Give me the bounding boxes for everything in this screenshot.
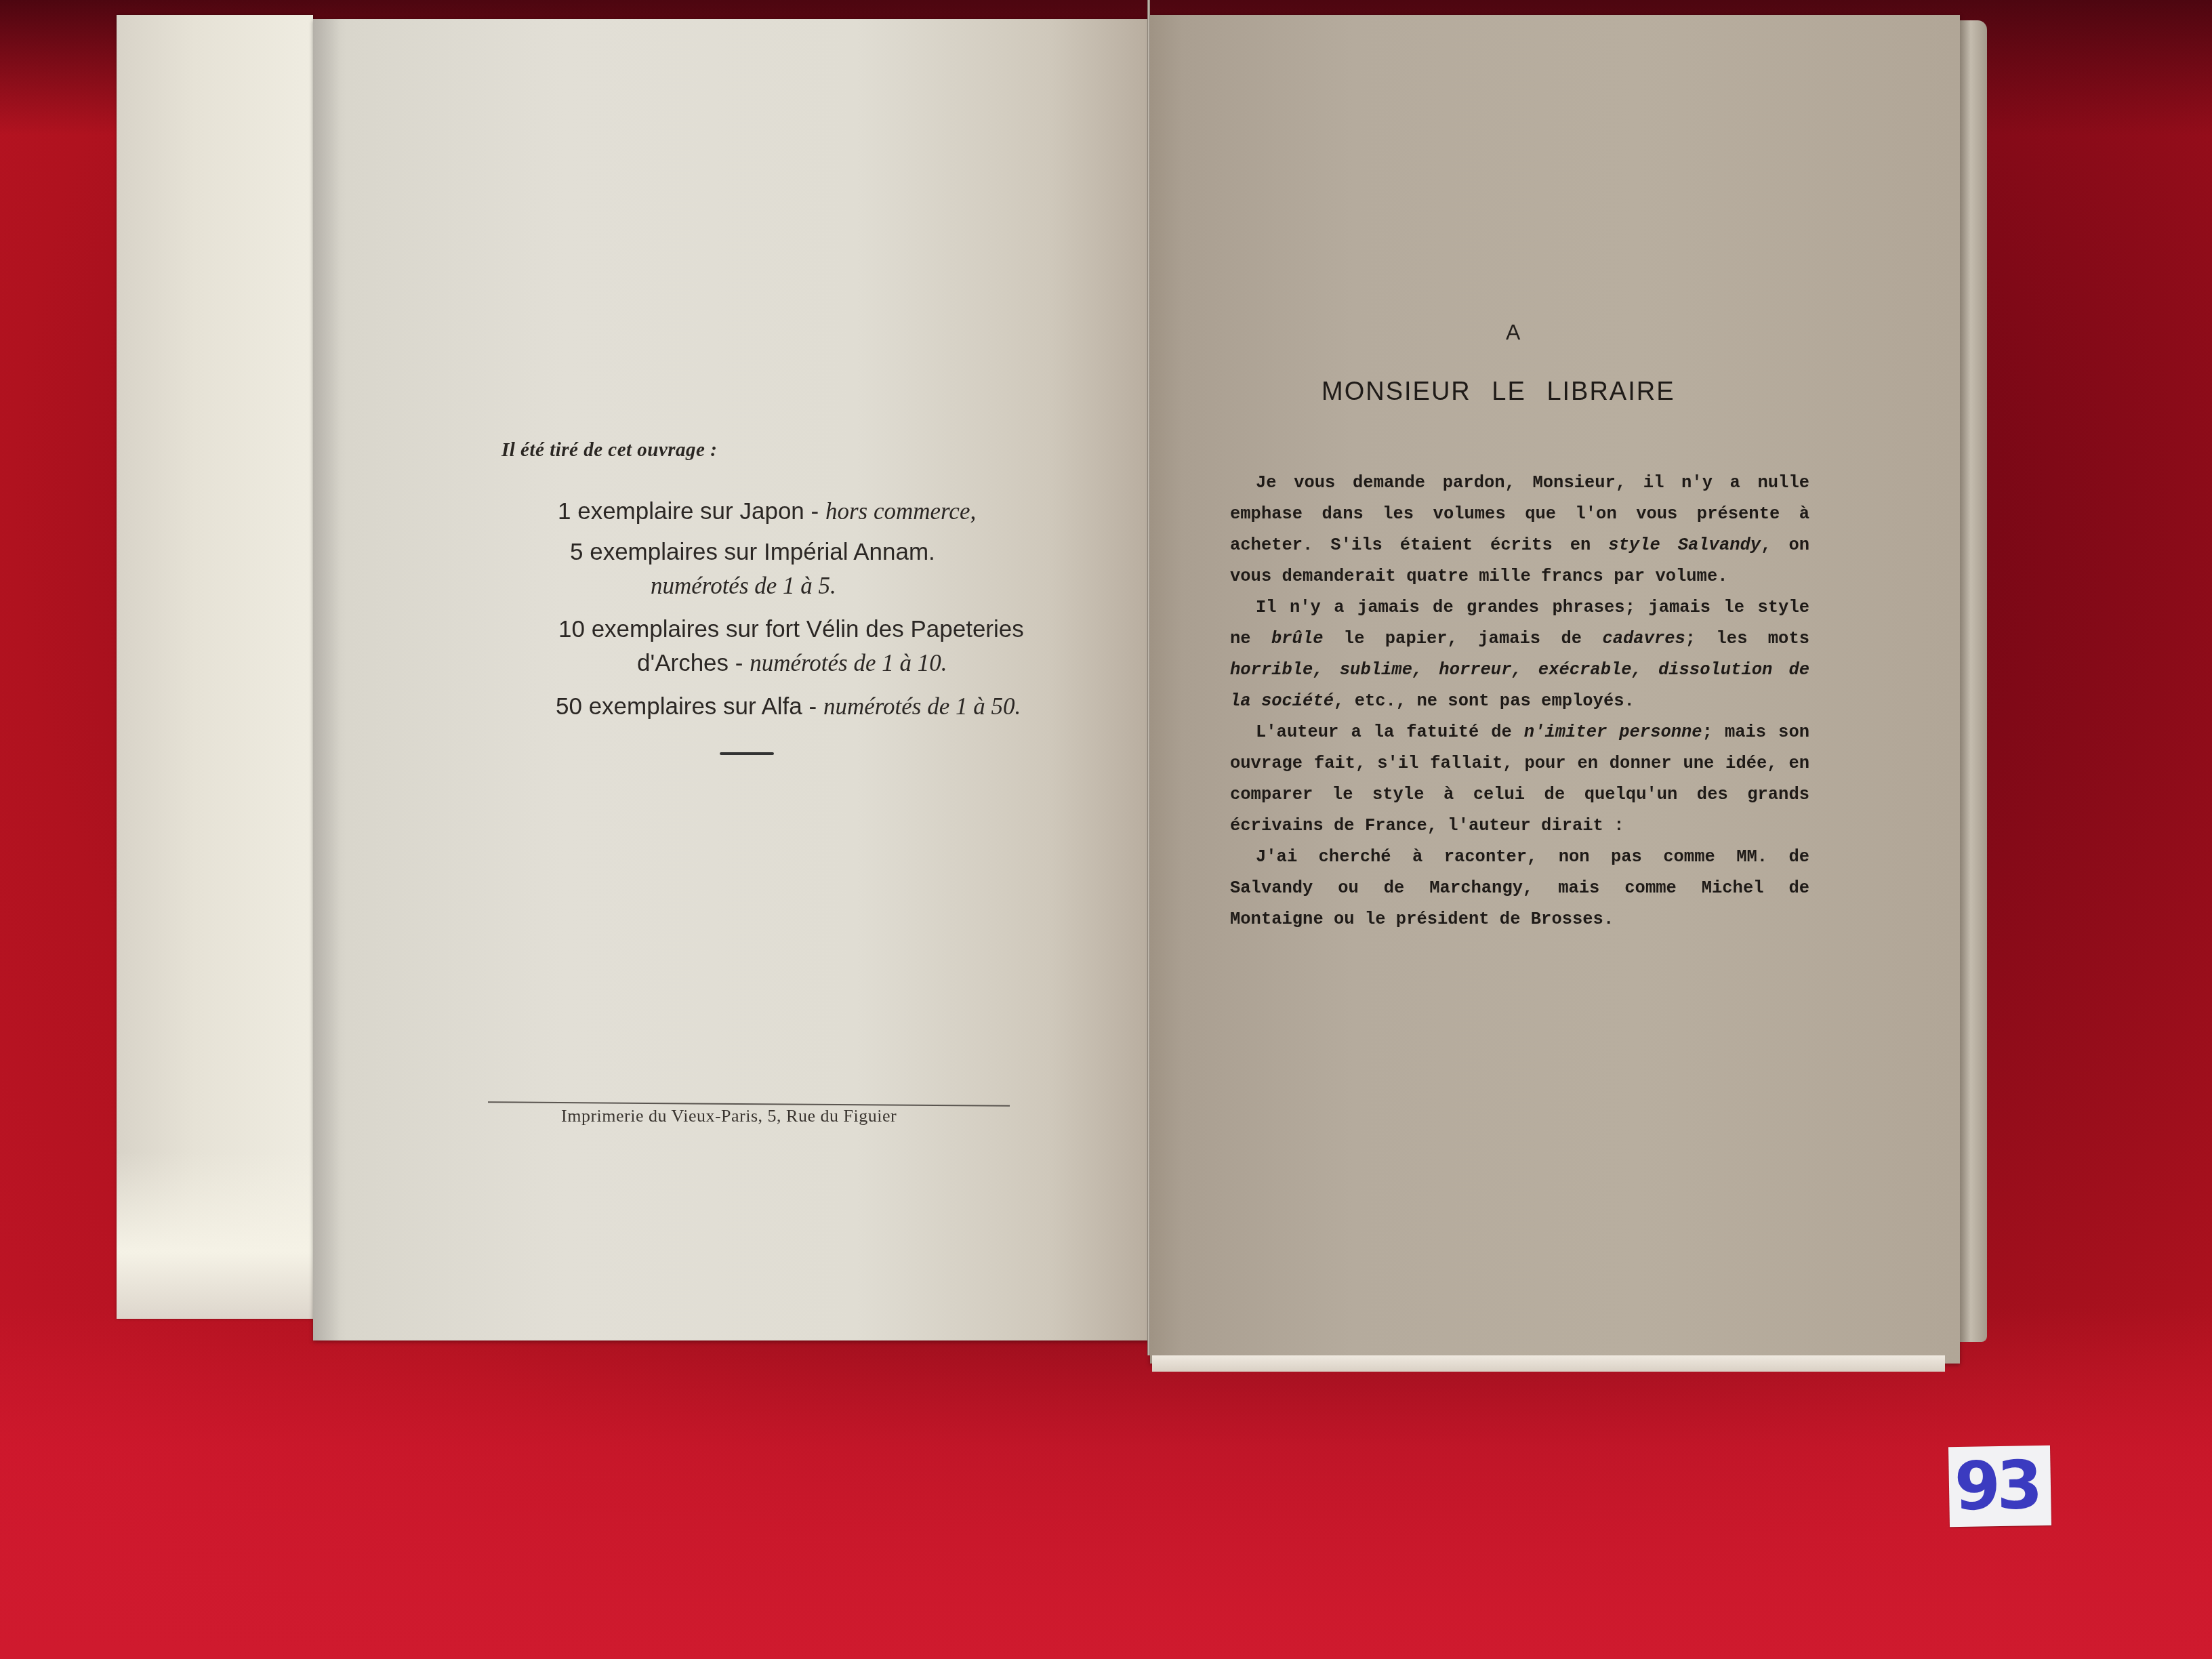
edition-item-alfa: 50 exemplaires sur Alfa - numérotés de 1… [529,690,1139,724]
torn-bottom-edge [1152,1355,1945,1372]
edition-list: 1 exemplaire sur Japon - hors commerce, … [529,495,1139,724]
ornament-rule [720,752,774,755]
edition-separator: - [804,498,825,525]
paragraph-4: J'ai cherché à raconter, non pas comme M… [1230,842,1809,935]
paragraph-1: Je vous demande pardon, Monsieur, il n'y… [1230,468,1809,592]
text-run: L'auteur a la fatuité de [1256,722,1524,742]
text-run: , etc., ne sont pas employés. [1334,691,1635,711]
edition-item-annam-note: numérotés de 1 à 5. [529,569,1139,603]
text-run: le papier, jamais de [1323,629,1602,649]
edition-note: numérotés de 1 à 50. [823,693,1021,720]
edition-note: numérotés de 1 à 10. [750,650,947,676]
paragraph-2: Il n'y a jamais de grandes phrases; jama… [1230,592,1809,717]
edition-separator: - [729,650,750,676]
italic-run: cadavres [1602,629,1685,649]
lot-number: 93 [1954,1448,2039,1524]
edition-separator: - [802,693,823,720]
right-page-edge [1960,20,1987,1342]
edition-continuation: d'Arches [637,650,729,676]
italic-run: n'imiter personne [1524,722,1702,742]
dedication-title: MONSIEUR LE LIBRAIRE [1322,377,1675,407]
dedication-body: Je vous demande pardon, Monsieur, il n'y… [1230,468,1809,935]
book-cover-flap [117,15,313,1319]
edition-count-label: 1 exemplaire sur Japon [558,498,804,525]
edition-count-label: 50 exemplaires sur Alfa [556,693,802,720]
italic-run: brûle [1271,629,1324,649]
edition-item-velin: 10 exemplaires sur fort Vélin des Papete… [529,613,1139,647]
book-cover-flap-shading [117,1152,313,1319]
printer-imprint: Imprimerie du Vieux-Paris, 5, Rue du Fig… [561,1106,897,1126]
edition-count-label: 10 exemplaires sur fort Vélin des Papete… [558,616,1024,642]
colophon-intro: Il été tiré de cet ouvrage : [501,439,717,462]
text-run: ; les mots [1685,629,1809,649]
paragraph-3: L'auteur a la fatuité de n'imiter person… [1230,717,1809,842]
lot-number-tag: 93 [1948,1446,2051,1528]
edition-note: numérotés de 1 à 5. [651,573,836,599]
italic-run: style Salvandy [1608,535,1761,555]
dedication-a: A [1506,320,1520,345]
text-run: J'ai cherché à raconter, non pas comme M… [1230,847,1809,929]
edition-note: hors commerce, [825,498,976,525]
edition-item-annam: 5 exemplaires sur Impérial Annam. [529,535,1139,569]
book-spine-gutter [1147,0,1150,1355]
edition-item-japon: 1 exemplaire sur Japon - hors commerce, [529,495,1139,529]
edition-item-velin-continuation: d'Arches - numérotés de 1 à 10. [529,647,1139,680]
edition-count-label: 5 exemplaires sur Impérial Annam. [570,539,935,565]
